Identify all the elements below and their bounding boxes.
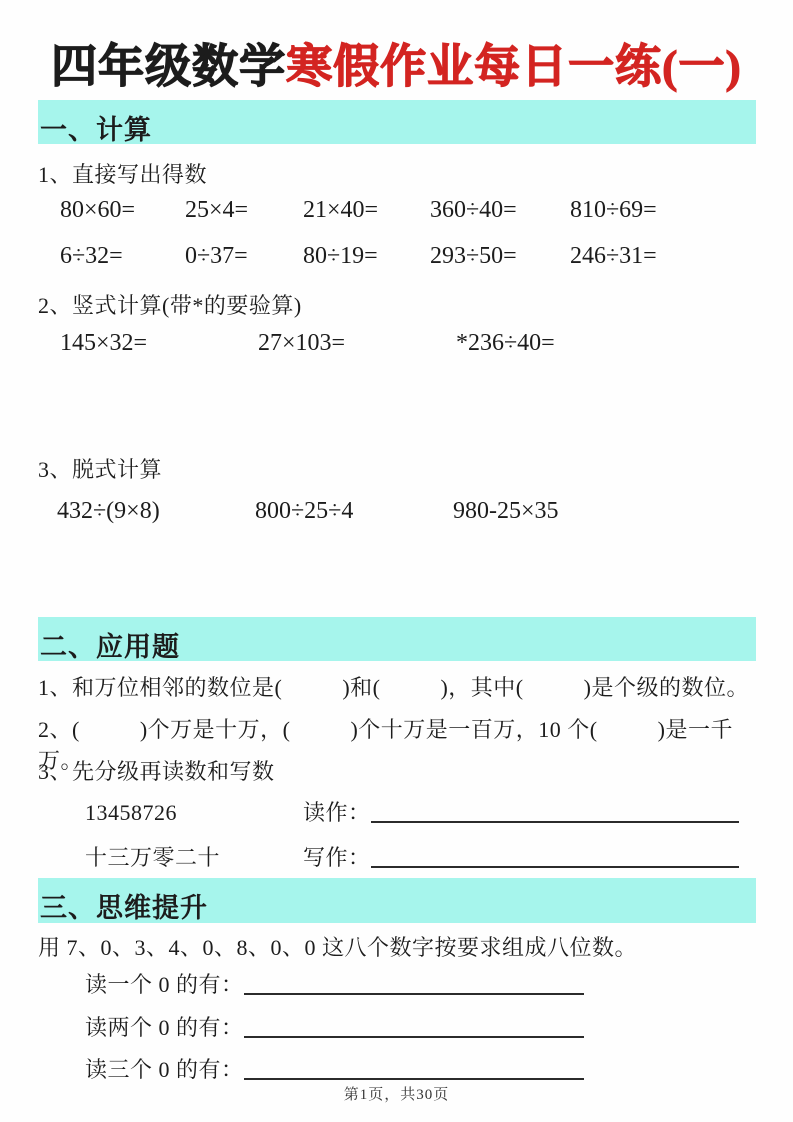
read-prompt: 读作：	[303, 800, 371, 825]
oral-problem: 246÷31=	[570, 243, 657, 270]
section-header-calculation: 一、计算	[38, 100, 756, 144]
answer-line	[244, 1056, 584, 1080]
vertical-problem-row: 145×32= 27×103= *236÷40=	[60, 330, 555, 357]
page-number: 第1页，共30页	[0, 1083, 793, 1104]
write-prompt: 写作：	[303, 845, 371, 870]
stepwise-problem: 432÷(9×8)	[57, 498, 255, 525]
blank-label: 读三个 0 的有：	[85, 1057, 244, 1082]
title-red-part: 寒假作业每日一练(一)	[286, 41, 742, 92]
answer-line	[244, 971, 584, 995]
number-to-read: 13458726	[85, 800, 303, 826]
vertical-problem: 145×32=	[60, 330, 258, 357]
subsection-label-oral: 1、直接写出得数	[38, 158, 207, 189]
subsection-label-stepwise: 3、脱式计算	[38, 453, 162, 484]
oral-problem: 80÷19=	[303, 243, 430, 270]
worksheet-page: 四年级数学寒假作业每日一练(一) 一、计算 1、直接写出得数 80×60= 25…	[0, 0, 793, 1122]
section-header-word-problems: 二、应用题	[38, 617, 756, 661]
answer-line	[371, 844, 739, 868]
blank-row-one-zero: 读一个 0 的有：	[85, 968, 584, 999]
section-header-thinking: 三、思维提升	[38, 878, 756, 923]
oral-problem: 810÷69=	[570, 197, 657, 224]
oral-problem-row-2: 6÷32= 0÷37= 80÷19= 293÷50= 246÷31=	[60, 243, 657, 270]
stepwise-problem: 980-25×35	[453, 498, 559, 525]
title-grade-part: 四年级数学	[51, 41, 286, 92]
answer-line	[244, 1014, 584, 1038]
read-number-row: 13458726读作：	[85, 796, 739, 827]
stepwise-problem: 800÷25÷4	[255, 498, 453, 525]
stepwise-problem-row: 432÷(9×8) 800÷25÷4 980-25×35	[57, 498, 559, 525]
oral-problem: 0÷37=	[185, 243, 303, 270]
oral-problem: 360÷40=	[430, 197, 570, 224]
write-number-row: 十三万零二十写作：	[85, 841, 739, 872]
question-1: 1、和万位相邻的数位是( )和( )，其中( )是个级的数位。	[38, 671, 758, 702]
oral-problem: 6÷32=	[60, 243, 185, 270]
subsection-label-vertical: 2、竖式计算(带*的要验算)	[38, 289, 302, 320]
number-to-write: 十三万零二十	[85, 841, 303, 872]
vertical-problem: 27×103=	[258, 330, 456, 357]
oral-problem: 293÷50=	[430, 243, 570, 270]
blank-label: 读一个 0 的有：	[85, 972, 244, 997]
blank-row-two-zeros: 读两个 0 的有：	[85, 1011, 584, 1042]
oral-problem: 25×4=	[185, 197, 303, 224]
question-3-label: 3、先分级再读数和写数	[38, 755, 758, 786]
vertical-problem: *236÷40=	[456, 330, 555, 357]
oral-problem-row-1: 80×60= 25×4= 21×40= 360÷40= 810÷69=	[60, 197, 657, 224]
oral-problem: 80×60=	[60, 197, 185, 224]
answer-line	[371, 799, 739, 823]
thinking-intro: 用 7、0、3、4、0、8、0、0 这八个数字按要求组成八位数。	[38, 931, 758, 962]
page-title: 四年级数学寒假作业每日一练(一)	[0, 30, 793, 96]
oral-problem: 21×40=	[303, 197, 430, 224]
blank-row-three-zeros: 读三个 0 的有：	[85, 1053, 584, 1084]
blank-label: 读两个 0 的有：	[85, 1015, 244, 1040]
